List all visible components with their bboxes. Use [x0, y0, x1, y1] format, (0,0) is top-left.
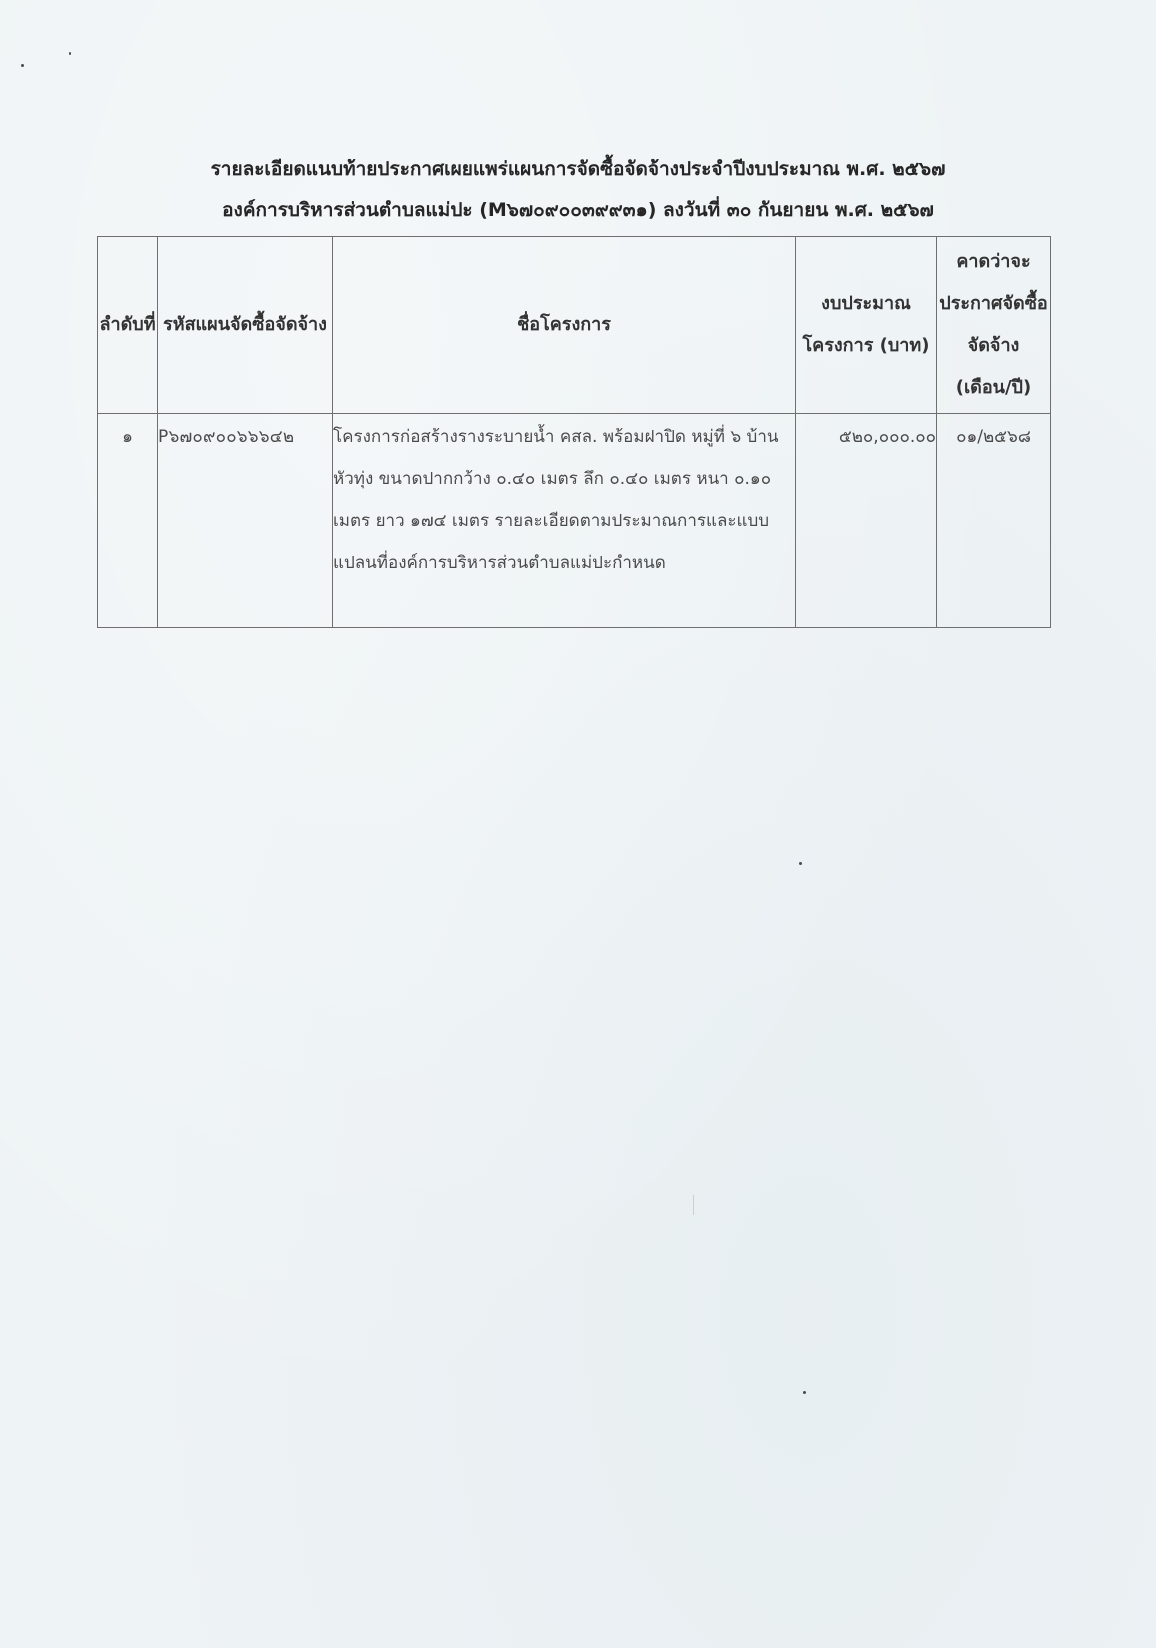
cell-project-name: โครงการก่อสร้างรางระบายน้ำ คสล. พร้อมฝาป…: [333, 414, 796, 628]
scanned-page: รายละเอียดแนบท้ายประกาศเผยแพร่แผนการจัดซ…: [0, 0, 1156, 1648]
table-row: ๑ P๖๗๐๙๐๐๖๖๖๔๒ โครงการก่อสร้างรางระบายน้…: [98, 414, 1051, 628]
cell-plan-code: P๖๗๐๙๐๐๖๖๖๔๒: [158, 414, 333, 628]
cell-seq: ๑: [98, 414, 158, 628]
scan-speck: [803, 1391, 806, 1394]
table-header-row: ลำดับที่ รหัสแผนจัดซื้อจัดจ้าง ชื่อโครงก…: [98, 237, 1051, 414]
document-subtitle: องค์การบริหารส่วนตำบลแม่ปะ (M๖๗๐๙๐๐๓๙๙๓๑…: [0, 195, 1156, 225]
cell-expected-date: ๐๑/๒๕๖๘: [937, 414, 1051, 628]
scan-speck: [799, 862, 802, 865]
header-expected-date: คาดว่าจะประกาศจัดซื้อจัดจ้าง (เดือน/ปี): [937, 237, 1051, 414]
scan-speck: [693, 1195, 694, 1215]
scan-speck: [21, 64, 24, 67]
document-title: รายละเอียดแนบท้ายประกาศเผยแพร่แผนการจัดซ…: [0, 154, 1156, 184]
header-budget: งบประมาณโครงการ (บาท): [796, 237, 937, 414]
header-seq: ลำดับที่: [98, 237, 158, 414]
header-plan-code: รหัสแผนจัดซื้อจัดจ้าง: [158, 237, 333, 414]
header-project-name: ชื่อโครงการ: [333, 237, 796, 414]
procurement-plan-table: ลำดับที่ รหัสแผนจัดซื้อจัดจ้าง ชื่อโครงก…: [97, 236, 1051, 628]
cell-budget: ๕๒๐,๐๐๐.๐๐: [796, 414, 937, 628]
scan-speck: [69, 52, 71, 55]
